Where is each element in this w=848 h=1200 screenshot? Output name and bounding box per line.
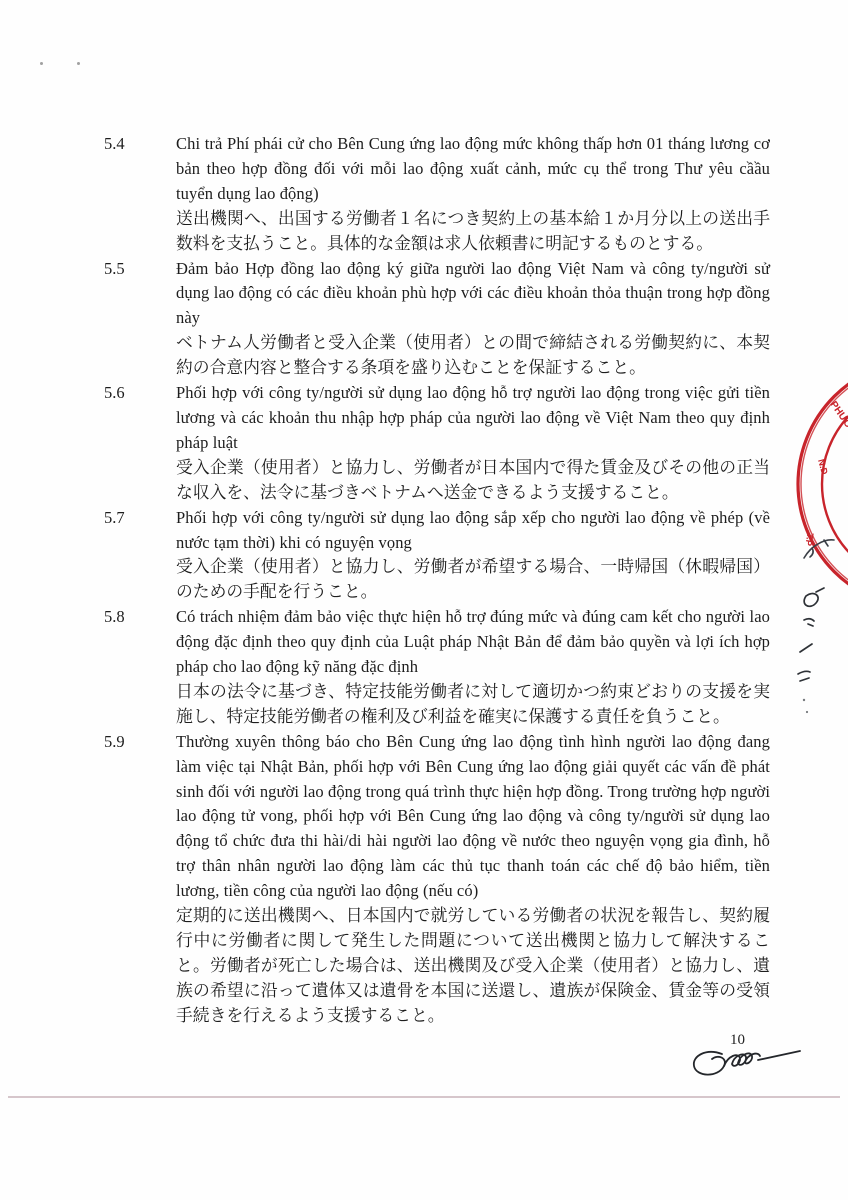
page-footer-signature: 10 [688,1030,806,1094]
signature-scribble [688,1044,806,1094]
contract-clause-5-4: 5.4 Chi trả Phí phái cử cho Bên Cung ứng… [104,132,770,257]
clause-text-vietnamese: Phối hợp với công ty/người sử dụng lao đ… [176,381,770,456]
clause-text-japanese: 定期的に送出機関へ、日本国内で就労している労働者の状況を報告し、契約履行中に労働… [176,904,770,1029]
clause-text-japanese: ベトナム人労働者と受入企業（使用者）との間で締結される労働契約に、本契約の合意内… [176,331,770,381]
clause-text-vietnamese: Có trách nhiệm đảm bảo việc thực hiện hỗ… [176,605,770,680]
clause-number: 5.9 [104,730,176,755]
contract-clause-5-6: 5.6 Phối hợp với công ty/người sử dụng l… [104,381,770,506]
clause-text-japanese: 受入企業（使用者）と協力し、労働者が希望する場合、一時帰国（休暇帰国）のための手… [176,555,770,605]
clause-number: 5.4 [104,132,176,157]
contract-clauses: 5.4 Chi trả Phí phái cử cho Bên Cung ứng… [104,132,770,1029]
clause-text-vietnamese: Thường xuyên thông báo cho Bên Cung ứng … [176,730,770,904]
stamp-text-inner: N.Đ [816,458,830,476]
stamp-text-lower: .T.P [803,530,816,547]
clause-text-japanese: 送出機関へ、出国する労働者１名につき契約上の基本給１か月分以上の送出手数料を支払… [176,207,770,257]
clause-number: 5.5 [104,257,176,282]
scan-speck [77,62,80,65]
pen-scribble-marks [786,578,848,718]
scan-speck [40,62,43,65]
clause-text-japanese: 受入企業（使用者）と協力し、労働者が日本国内で得た賃金及びその他の正当な収入を、… [176,456,770,506]
contract-clause-5-8: 5.8 Có trách nhiệm đảm bảo việc thực hiệ… [104,605,770,730]
contract-clause-5-9: 5.9 Thường xuyên thông báo cho Bên Cung … [104,730,770,1029]
stamp-text-outer: PHƯỜNG [828,398,848,443]
clause-text-vietnamese: Chi trả Phí phái cử cho Bên Cung ứng lao… [176,132,770,207]
clause-text-vietnamese: Đảm bảo Hợp đồng lao động ký giữa người … [176,257,770,332]
scan-edge-line [8,1096,840,1098]
red-seal-stamp: PHƯỜNG N.Đ .T.P [790,372,848,588]
clause-number: 5.8 [104,605,176,630]
scanned-document-page: 5.4 Chi trả Phí phái cử cho Bên Cung ứng… [0,0,848,1200]
contract-clause-5-5: 5.5 Đảm bảo Hợp đồng lao động ký giữa ng… [104,257,770,382]
clause-number: 5.7 [104,506,176,531]
clause-number: 5.6 [104,381,176,406]
clause-text-japanese: 日本の法令に基づき、特定技能労働者に対して適切かつ約束どおりの支援を実施し、特定… [176,680,770,730]
contract-clause-5-7: 5.7 Phối hợp với công ty/người sử dụng l… [104,506,770,606]
clause-text-vietnamese: Phối hợp với công ty/người sử dụng lao đ… [176,506,770,556]
